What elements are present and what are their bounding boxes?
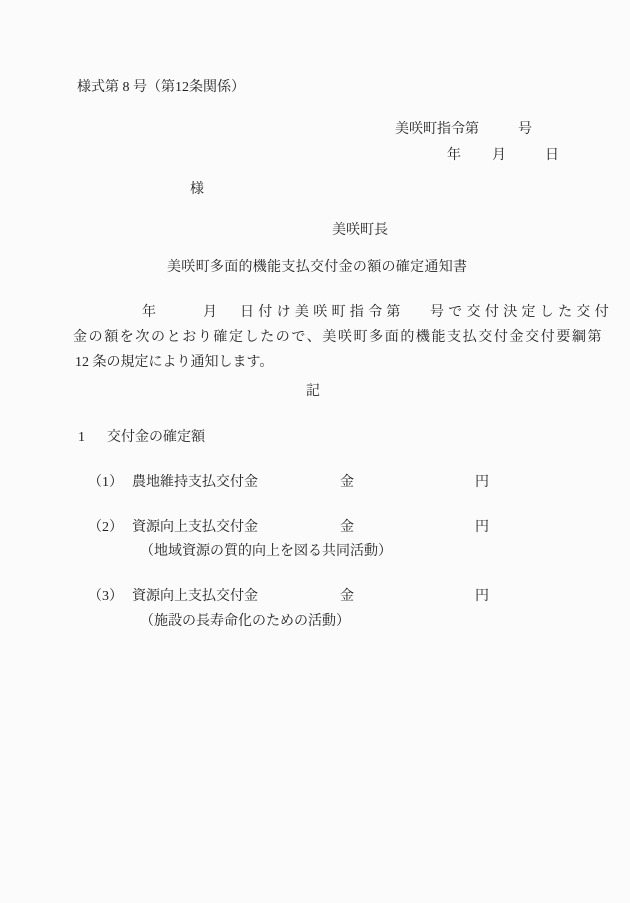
section-heading-text: 交付金の確定額 <box>107 431 205 445</box>
body-paragraph-line2: 金の額を次のとおり確定したので、美咲町多面的機能支払交付金交付要綱第 <box>73 331 603 345</box>
item-unit: 円 <box>475 521 489 535</box>
section-number: 1 <box>78 431 85 445</box>
body-paragraph-line3: 12 条の規定により通知します。 <box>75 356 273 370</box>
date-year-label: 年 <box>447 149 461 163</box>
document-title: 美咲町多面的機能支払交付金の額の確定通知書 <box>167 261 467 275</box>
item-name: 農地維持支払交付金 <box>132 476 258 490</box>
item-name: 資源向上支払交付金 <box>132 521 258 535</box>
item-note: （地域資源の質的向上を図る共同活動） <box>140 545 392 559</box>
item-amount-prefix: 金 <box>340 521 354 535</box>
sender-name: 美咲町長 <box>332 224 388 238</box>
date-day-label: 日 <box>545 149 559 163</box>
item-unit: 円 <box>475 590 489 604</box>
item-amount-prefix: 金 <box>340 476 354 490</box>
form-number: 様式第 8 号（第12条関係） <box>77 81 245 95</box>
directive-number-suffix: 号 <box>518 123 532 137</box>
item-amount-prefix: 金 <box>340 590 354 604</box>
body-month-label: 月 <box>203 306 217 320</box>
record-marker: 記 <box>306 385 320 399</box>
body-year-label: 年 <box>142 306 156 320</box>
item-label: （3） <box>88 590 123 604</box>
item-unit: 円 <box>475 476 489 490</box>
body-line1-part2: 号で交付決定した交付 <box>430 306 613 320</box>
body-line1-part1: 日付け美咲町指令第 <box>240 306 405 320</box>
item-label: （1） <box>88 476 123 490</box>
item-note: （施設の長寿命化のための活動） <box>140 615 350 629</box>
item-name: 資源向上支払交付金 <box>132 590 258 604</box>
item-label: （2） <box>88 521 123 535</box>
date-month-label: 月 <box>492 149 506 163</box>
directive-number-prefix: 美咲町指令第 <box>395 123 479 137</box>
addressee-honorific: 様 <box>190 183 204 197</box>
document-page: 様式第 8 号（第12条関係） 美咲町指令第 号 年 月 日 様 美咲町長 美咲… <box>0 0 630 903</box>
